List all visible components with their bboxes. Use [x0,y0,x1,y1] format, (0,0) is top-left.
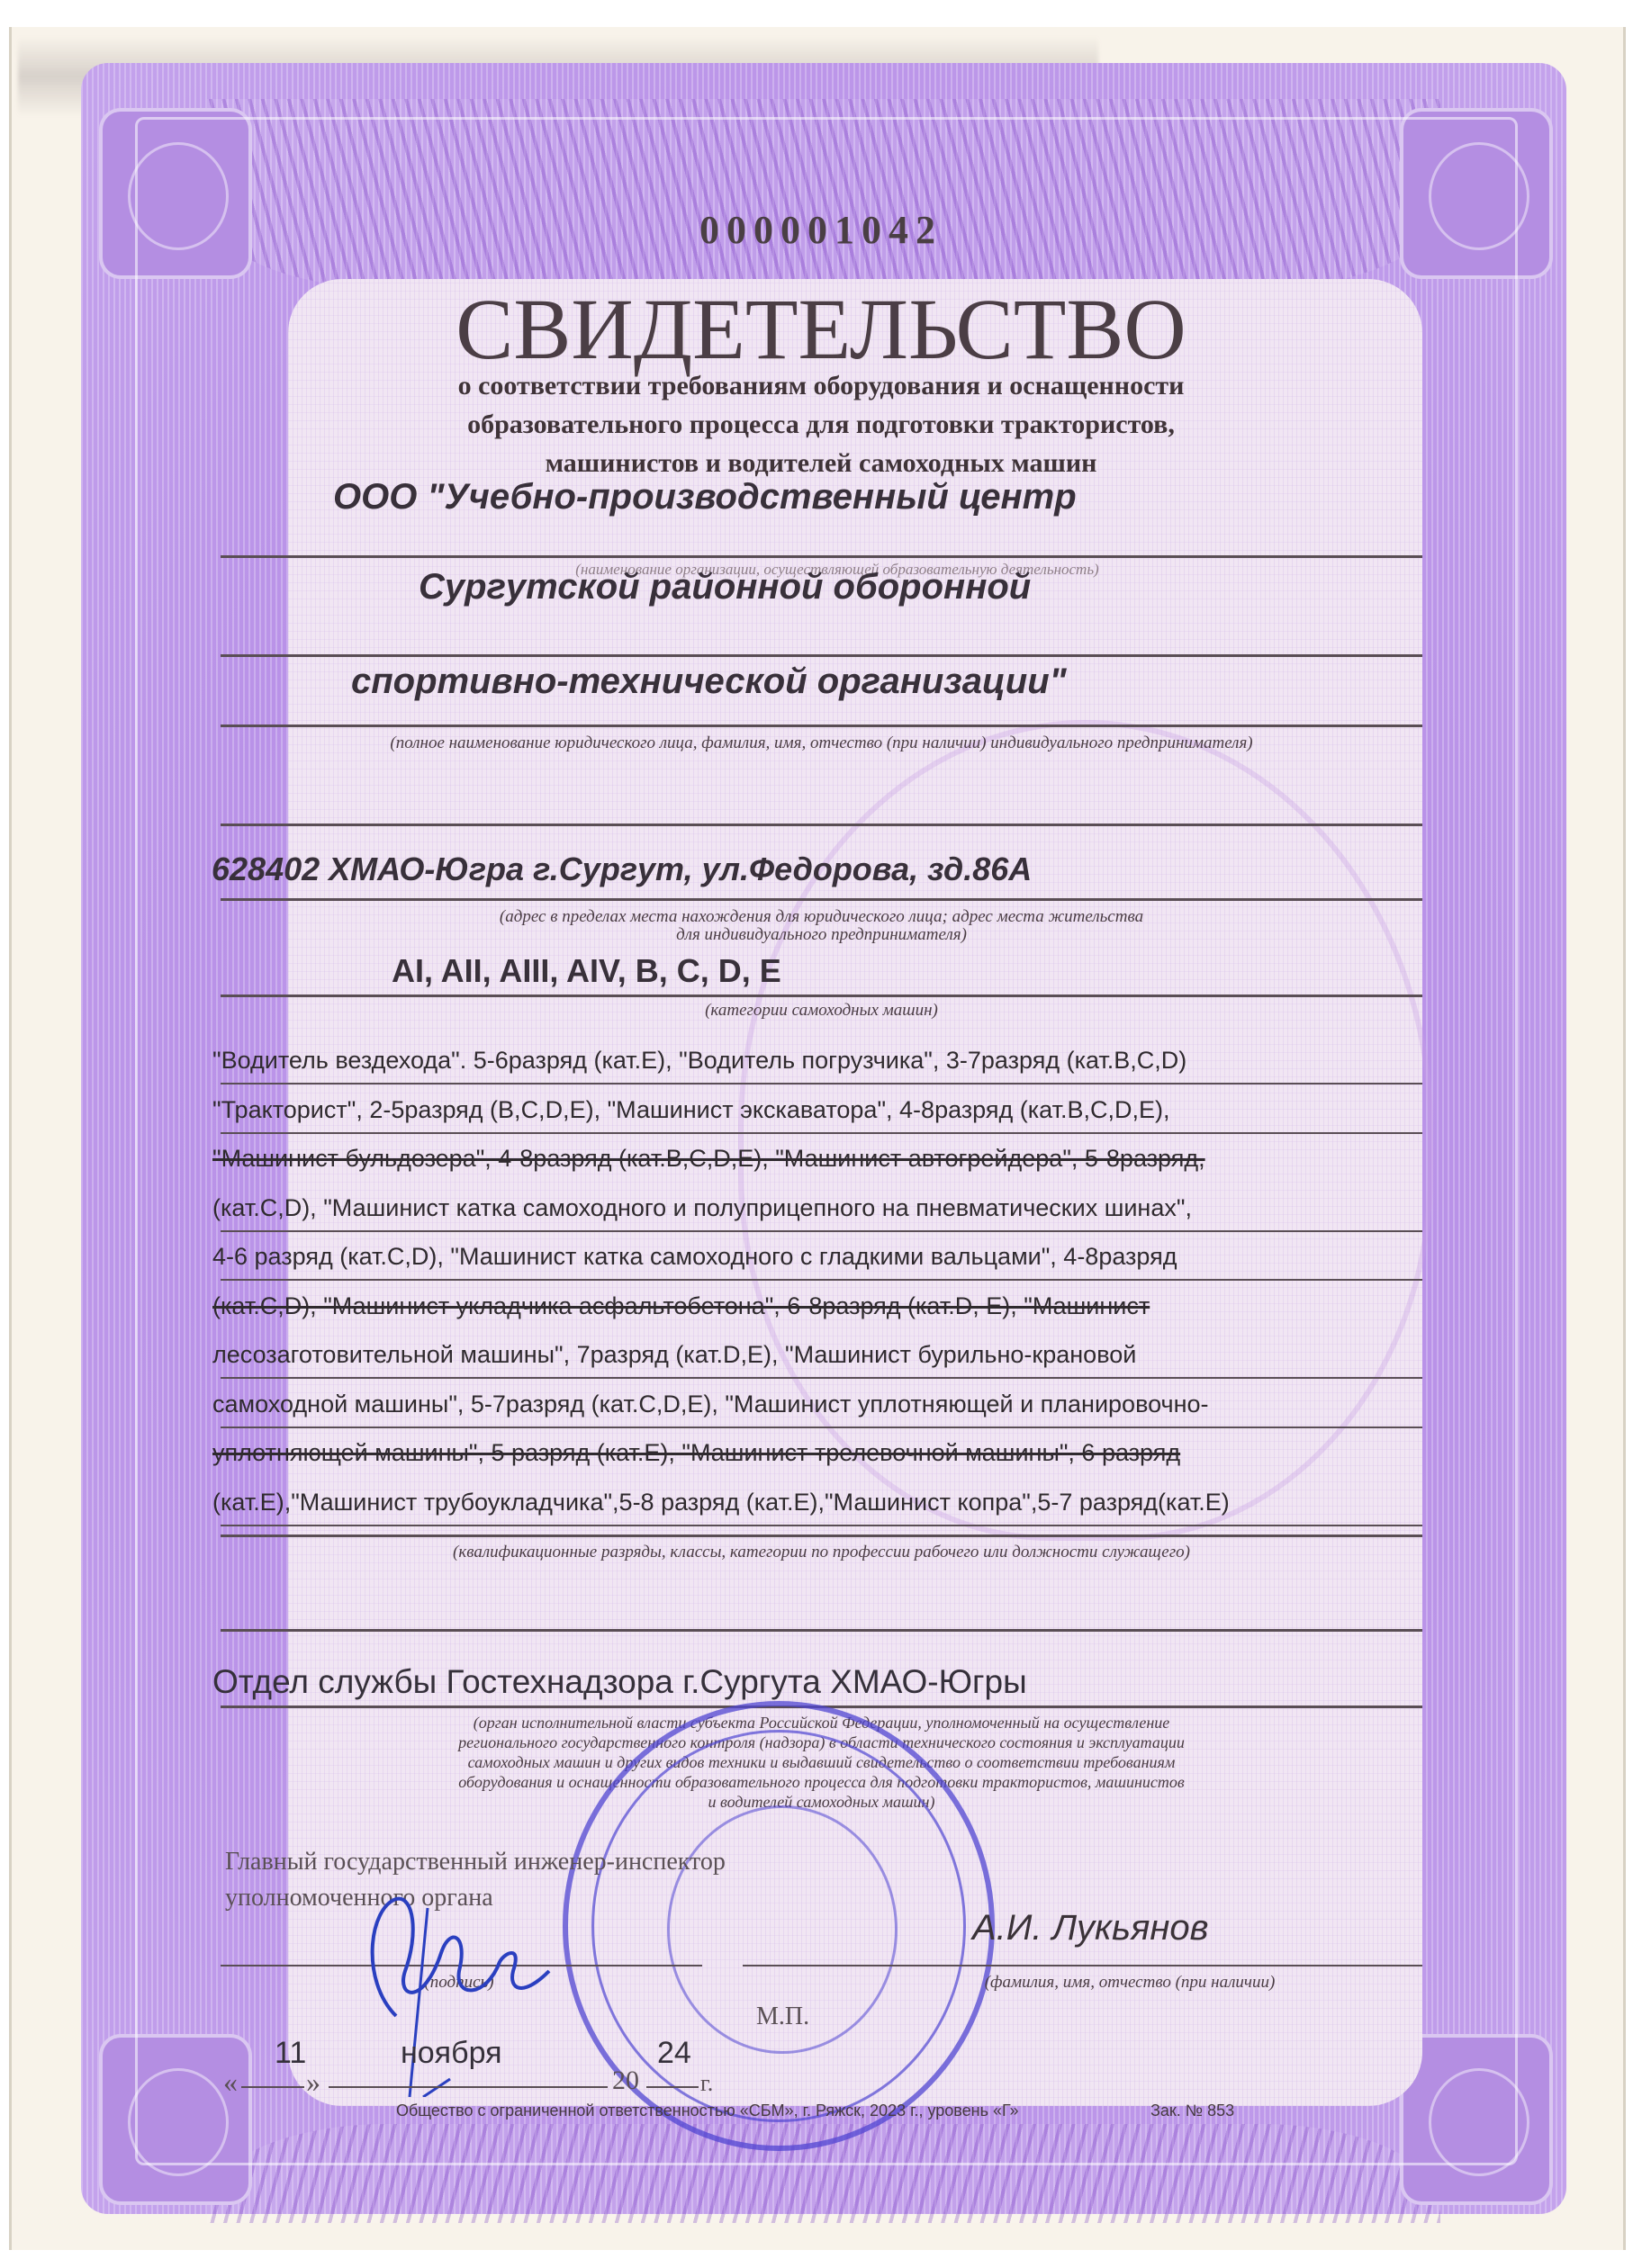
organization-full-caption: (полное наименование юридического лица, … [221,733,1422,753]
month-rule [329,2086,608,2088]
qualification-line: (кат.С,D), "Машинист катка самоходного и… [212,1194,1192,1222]
qualification-line: "Машинист бульдозера", 4-8разряд (кат.В,… [212,1145,1205,1173]
rule-line [221,1377,1422,1379]
rule-line [221,1426,1422,1428]
rule-line [221,1230,1422,1232]
rule-line [221,555,1422,558]
qualification-line: лесозаготовительной машины", 7разряд (ка… [212,1341,1136,1369]
certificate-title: СВИДЕТЕЛЬСТВО [0,279,1642,379]
date-day[interactable]: 11 [275,2036,306,2071]
date-close-quote: » [306,2065,320,2099]
organization-name-line-2: Сургутской районной оборонной [419,567,1031,607]
address-value: 628402 ХМАО-Югра г.Сургут, ул.Федорова, … [212,850,1032,888]
qualification-line: (кат.С,D), "Машинист укладчика асфальтоб… [212,1292,1150,1320]
rule-line [221,1525,1422,1526]
rule-line [221,1279,1422,1281]
printer-imprint: Общество с ограниченной ответственностью… [396,2101,1019,2120]
signatory-name: А.И. Лукьянов [972,1908,1208,1948]
rule-line [221,724,1422,727]
qualifications-caption: (квалификационные разряды, классы, катег… [221,1543,1422,1562]
rule-line [221,823,1422,826]
qualification-line: (кат.Е),"Машинист трубоукладчика",5-8 ра… [212,1489,1230,1516]
subtitle-line-3: машинистов и водителей самоходных машин [0,448,1642,479]
organization-name-line-1: ООО "Учебно-производственный центр [333,477,1077,517]
qualification-line: "Тракторист", 2-5разряд (В,С,D,Е), "Маши… [212,1096,1169,1124]
date-open-quote: « [223,2065,238,2099]
date-month[interactable]: ноября [401,2036,502,2071]
qualification-line: самоходной машины", 5-7разряд (кат.С,D,Е… [212,1390,1209,1418]
name-caption: (фамилия, имя, отчество (при наличии) [918,1973,1341,1993]
categories-caption: (категории самоходных машин) [221,1001,1422,1021]
rule-line [221,1629,1422,1632]
date-year-suffix: г. [700,2070,713,2097]
qualification-line: 4-6 разряд (кат.С,D), "Машинист катка са… [212,1243,1177,1271]
subtitle-line-2: образовательного процесса для подготовки… [0,409,1642,440]
date-year[interactable]: 24 [657,2036,691,2071]
certificate-number: 000001042 [0,207,1642,253]
qualification-line: уплотняющей машины", 5 разряд (кат.Е), "… [212,1439,1180,1467]
rule-line [221,994,1422,997]
rule-line [221,1083,1422,1084]
rule-line [221,1534,1422,1537]
categories-value: AI, AII, AIII, AIV, B, C, D, E [392,952,781,990]
year-rule [646,2086,699,2088]
rule-line [221,654,1422,657]
rule-line [221,1132,1422,1134]
rule-line [221,898,1422,901]
address-caption-line-2: для индивидуального предпринимателя) [221,925,1422,945]
authority-value: Отдел службы Гостехнадзора г.Сургута ХМА… [212,1663,1027,1701]
organization-name-line-3: спортивно-технической организации" [351,661,1067,702]
day-rule [241,2086,304,2088]
name-rule [743,1965,1422,1966]
subtitle-line-1: о соответствии требованиям оборудования … [0,371,1642,401]
date-century: 20 [612,2065,639,2096]
seal-label: М.П. [756,2002,809,2031]
address-caption-line-1: (адрес в пределах места нахождения для ю… [221,907,1422,927]
qualification-line: "Водитель вездехода". 5-6разряд (кат.Е),… [212,1047,1186,1075]
order-number: Зак. № 853 [1150,2101,1234,2120]
